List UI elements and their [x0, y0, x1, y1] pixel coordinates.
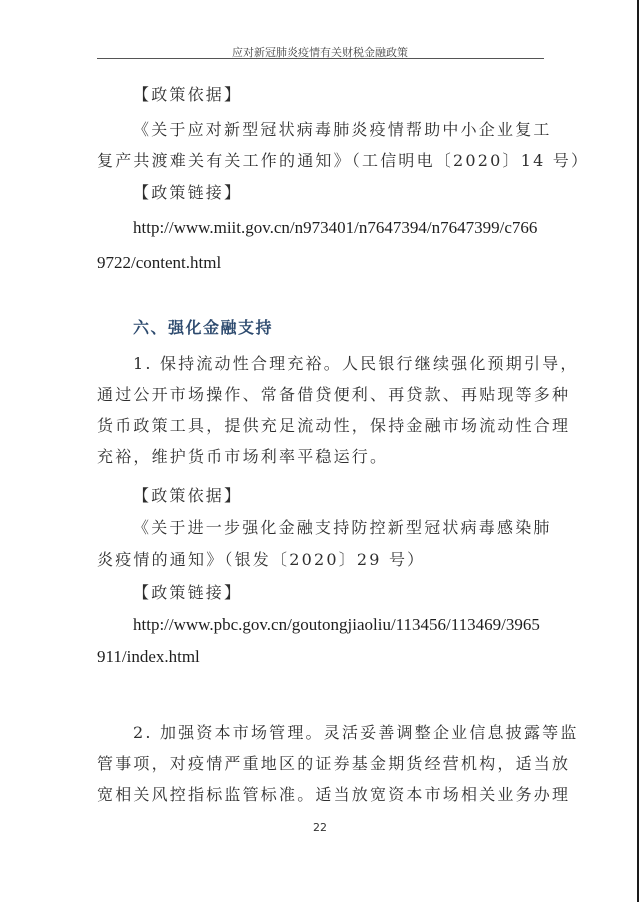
paragraph-line: 1. 保持流动性合理充裕。人民银行继续强化预期引导，: [133, 354, 543, 374]
paragraph-line: 2. 加强资本市场管理。灵活妥善调整企业信息披露等监: [133, 723, 543, 743]
paragraph-line: 充裕，维护货币市场利率平稳运行。: [97, 447, 543, 467]
policy-basis-text-line: 《关于应对新型冠状病毒肺炎疫情帮助中小企业复工: [133, 120, 543, 140]
paragraph-line: 通过公开市场操作、常备借贷便利、再贷款、再贴现等多种: [97, 385, 543, 405]
page-number: 22: [0, 821, 640, 834]
policy-link-url-continued[interactable]: 911/index.html: [97, 647, 543, 667]
policy-basis-text-line: 炎疫情的通知》（银发〔2020〕29 号）: [97, 550, 543, 570]
policy-link-url[interactable]: http://www.miit.gov.cn/n973401/n7647394/…: [133, 218, 543, 238]
policy-link-label: 【政策链接】: [133, 583, 543, 603]
header-rule: [97, 58, 544, 59]
policy-basis-text-line: 复产共渡难关有关工作的通知》（工信明电〔2020〕14 号）: [97, 151, 543, 171]
policy-basis-text-line: 《关于进一步强化金融支持防控新型冠状病毒感染肺: [133, 518, 543, 538]
page-edge-border: [637, 0, 639, 902]
section-heading: 六、强化金融支持: [133, 318, 273, 338]
policy-basis-label: 【政策依据】: [133, 85, 543, 105]
paragraph-line: 宽相关风控指标监管标准。适当放宽资本市场相关业务办理: [97, 785, 543, 805]
paragraph-line: 管事项，对疫情严重地区的证券基金期货经营机构，适当放: [97, 754, 543, 774]
paragraph-line: 货币政策工具，提供充足流动性，保持金融市场流动性合理: [97, 416, 543, 436]
policy-basis-label: 【政策依据】: [133, 486, 543, 506]
policy-link-label: 【政策链接】: [133, 183, 543, 203]
policy-link-url[interactable]: http://www.pbc.gov.cn/goutongjiaoliu/113…: [133, 615, 543, 635]
policy-link-url-continued[interactable]: 9722/content.html: [97, 253, 543, 273]
